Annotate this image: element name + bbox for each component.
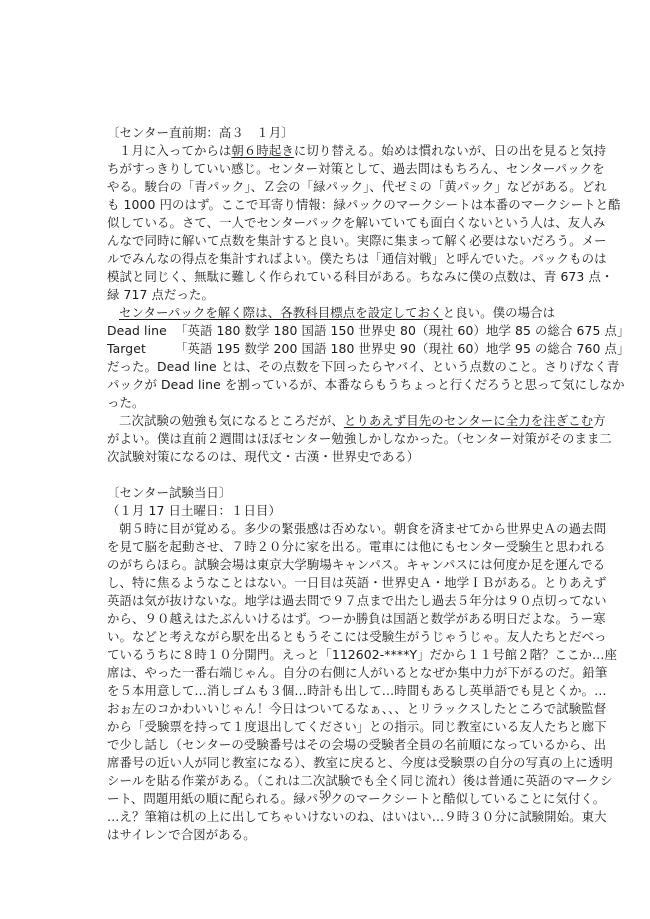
paragraph-line: ちがすっきりしていい感じ。センター対策として、過去問はもちろん、センターパックを (107, 160, 559, 178)
paragraph-line: んなで同時に解いて点数を集計すると良い。実際に集まって解く必要はないだろう。メー (107, 232, 559, 250)
paragraph-line: った。 (107, 394, 559, 412)
text-span: に切り替える。始めは慣れないが、日の出を見ると気持 (294, 143, 606, 158)
paragraph-line: を５本用意して…消しゴムも３個…時計も出して…時間もあるし英単語でも見とくか。… (107, 682, 559, 700)
paragraph-line: のがちらほら。試験会場は東京大学駒場キャンパス。キャンパスには何度か足を運んでる (107, 556, 559, 574)
paragraph-line: 英語は気が抜けないな。地学は過去問で９７点まで出たし過去５年分は９０点切ってない (107, 592, 559, 610)
document-page: 〔センター直前期：高３ １月〕 １月に入ってからは朝６時起きに切り替える。始めは… (107, 124, 559, 844)
page-number: 50 (0, 787, 650, 802)
section-heading-pre-center: 〔センター直前期：高３ １月〕 (107, 124, 559, 142)
section-heading-exam-day: 〔センター試験当日〕 (107, 484, 559, 502)
paragraph-line: 模試と同じく、無駄に難しく作られている科目がある。ちなみに僕の点数は、青 673… (107, 268, 559, 286)
paragraph-line: パックが Dead line を割っているが、本番ならもうちょっと行くだろうと思… (107, 376, 559, 394)
paragraph-line: 似している。さて、一人でセンターパックを解いていても面白くないという人は、友人み (107, 214, 559, 232)
paragraph-line: し、特に焦るようなことはない。一日目は英語・世界史Ａ・地学ＩＢがある。とりあえず (107, 574, 559, 592)
paragraph-line: 席は、やった一番右端じゃん。自分の右側に人がいるとなぜか集中力が下がるのだ。鉛筆 (107, 664, 559, 682)
paragraph-line: センターパックを解く際は、各教科目標点を設定しておくと良い。僕の場合は (107, 304, 559, 322)
paragraph-line: ルでみんなの得点を集計すればよい。僕たちは「通信対戦」と呼んでいた。パックものは (107, 250, 559, 268)
paragraph-line: …え？筆箱は机の上に出してちゃいけないのね、はいはい…９時３０分に試験開始。東大 (107, 808, 559, 826)
text-span: と良い。僕の場合は (443, 305, 555, 320)
paragraph-line: 席番号の近い人が同じ教室になる）、教室に戻ると、今度は受験票の自分の写真の上に透… (107, 754, 559, 772)
paragraph-line: を見て脳を起動させ、７時２０分に家を出る。電車には他にもセンター受験生と思われる (107, 538, 559, 556)
paragraph-line: １月に入ってからは朝６時起きに切り替える。始めは慣れないが、日の出を見ると気持 (107, 142, 559, 160)
paragraph-line: 二次試験の勉強も気になるところだが、とりあえず目先のセンターに全力を注ぎこむ方 (107, 412, 559, 430)
text-span: １月に入ってからは (119, 143, 231, 158)
text-span: 二次試験の勉強も気になるところだが、 (119, 413, 344, 428)
paragraph-line: から、９０越えはたぶんいけるはず。つーか勝負は国語と数学がある明日だよな。うー寒 (107, 610, 559, 628)
paragraph-line: ているうちに８時１０分開門。えっと「112602-****Y」だから１１号館２階… (107, 646, 559, 664)
section-subheading-day1: （１月 17 日土曜日：１日目） (107, 502, 559, 520)
paragraph-line: がよい。僕は直前２週間はほぼセンター勉強しかしなかった。（センター対策がそのまま… (107, 430, 559, 448)
paragraph-line: だった。Dead line とは、その点数を下回ったらヤバイ、という点数のこと。… (107, 358, 559, 376)
paragraph-line: はサイレンで合図がある。 (107, 826, 559, 844)
section-gap (107, 466, 559, 484)
underlined-text: 朝６時起き (231, 143, 293, 158)
deadline-label: Dead line (107, 322, 175, 340)
deadline-value: 「英語 180 数学 180 国語 150 世界史 80（現社 60）地学 85… (175, 323, 629, 338)
target-value: 「英語 195 数学 200 国語 180 世界史 90（現社 60）地学 95… (175, 341, 629, 356)
text-span: 方 (593, 413, 606, 428)
paragraph-line: やる。駿台の「青パック」、Ｚ会の「緑パック」、代ゼミの「黄パック」などがある。ど… (107, 178, 559, 196)
underlined-text: センターパックを解く際は、各教科目標点を設定しておく (119, 305, 443, 320)
target-label: Target (107, 340, 175, 358)
target-row: Target「英語 195 数学 200 国語 180 世界史 90（現社 60… (107, 340, 559, 358)
paragraph-line: 次試験対策になるのは、現代文・古漢・世界史である） (107, 448, 559, 466)
paragraph-line: 朝５時に目が覚める。多少の緊張感は否めない。朝食を済ませてから世界史Ａの過去問 (107, 520, 559, 538)
paragraph-line: 緑 717 点だった。 (107, 286, 559, 304)
paragraph-line: おぉ左のコかわいいじゃん！今日はついてるなぁ、、、とリラックスしたところで試験監… (107, 700, 559, 718)
paragraph-line: も 1000 円のはず。ここで耳寄り情報：緑パックのマークシートは本番のマークシ… (107, 196, 559, 214)
paragraph-line: で少し話し（センターの受験番号はその会場の受験者全員の名前順になっているから、出 (107, 736, 559, 754)
paragraph-line: い。などと考えながら駅を出るともうそこには受験生がうじゃうじゃ。友人たちとだべっ (107, 628, 559, 646)
paragraph-line: から「受験票を持って１度退出してください」との指示。同じ教室にいる友人たちと廊下 (107, 718, 559, 736)
deadline-row: Dead line「英語 180 数学 180 国語 150 世界史 80（現社… (107, 322, 559, 340)
underlined-text: とりあえず目先のセンターに全力を注ぎこむ (344, 413, 593, 428)
